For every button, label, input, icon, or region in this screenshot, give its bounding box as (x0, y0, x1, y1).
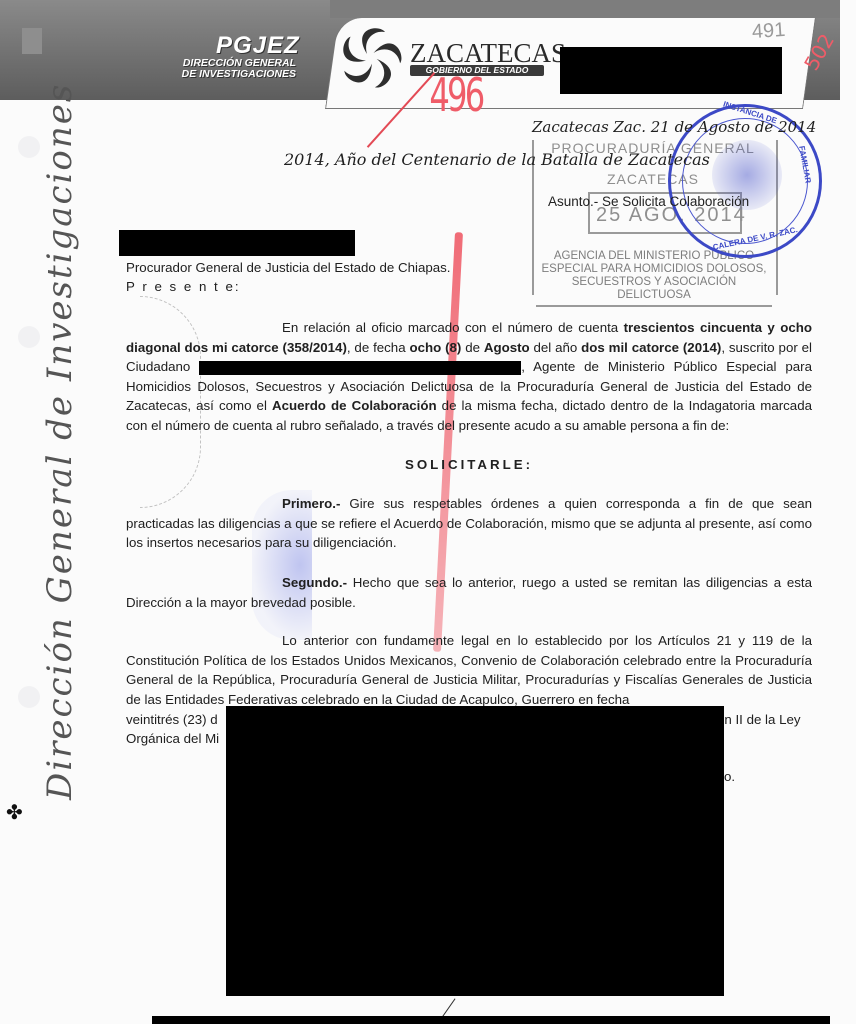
agency-subtitle-line2: DE INVESTIGACIONES (166, 69, 296, 80)
stamp-agency-line2: ESPECIAL PARA HOMICIDIOS DOLOSOS, (536, 263, 772, 276)
redaction-citizen-name (199, 361, 521, 375)
paragraph-primero: Primero.- Gire sus respetables órdenes a… (126, 494, 812, 553)
recipient-greeting: P r e s e n t e: (126, 277, 241, 297)
closing-fragment: o. (724, 767, 735, 787)
folio-red-large: 496 (429, 68, 482, 122)
p4-line6-start: Orgánica del Mi (126, 729, 219, 749)
date-line: Zacatecas Zac. 21 de Agosto de 2014 (532, 118, 816, 136)
stamp-agency: AGENCIA DEL MINISTERIO PUBLICO ESPECIAL … (536, 250, 772, 307)
p4-line5-end: ón II de la Ley (717, 710, 801, 730)
side-watermark: Dirección General de Investigaciones (40, 83, 80, 800)
scan-mark (22, 28, 42, 54)
subject: Asunto.- Se Solicita Colaboración (548, 194, 749, 209)
request-heading: SOLICITARLE: (126, 455, 812, 475)
punch-hole (18, 136, 40, 158)
punch-hole (18, 686, 40, 708)
redaction-header (560, 47, 782, 94)
p2-label: Primero.- (282, 496, 340, 511)
p4-text: Lo anterior con fundamente legal en lo e… (126, 633, 812, 707)
letterhead-strip (330, 0, 840, 18)
p3-label: Segundo.- (282, 575, 347, 590)
agency-acronym: PGJEZ (216, 32, 300, 60)
p1-agreement: Acuerdo de Colaboración (272, 398, 437, 413)
p1-mid1: , de fecha (347, 340, 410, 355)
folio-gray: 491 (751, 19, 786, 44)
fleuron-icon: ✤ (6, 800, 23, 825)
paragraph-segundo: Segundo.- Hecho que sea lo anterior, rue… (126, 573, 812, 612)
p3-text: Hecho que sea lo anterior, ruego a usted… (126, 575, 812, 610)
agency-subtitle: DIRECCIÓN GENERAL DE INVESTIGACIONES (166, 58, 296, 80)
punch-hole (18, 326, 40, 348)
stamp-agency-line3: SECUESTROS Y ASOCIACIÓN DELICTUOSA (536, 276, 772, 302)
redaction-signature-block (226, 706, 724, 996)
redaction-footer (152, 1016, 830, 1024)
zacatecas-logo-icon (336, 26, 406, 90)
p1-year: dos mil catorce (2014) (581, 340, 721, 355)
p1-mid2: de (461, 340, 484, 355)
recipient-title: Procurador General de Justicia del Estad… (126, 258, 450, 278)
p1-date: ocho (8) (409, 340, 461, 355)
p4-line5-start: veintitrés (23) d (126, 710, 218, 730)
p1-month: Agosto (484, 340, 530, 355)
p2-text: Gire sus respetables órdenes a quien cor… (126, 496, 812, 550)
motto: 2014, Año del Centenario de la Batalla d… (284, 150, 710, 169)
p1-intro: En relación al oficio marcado con el núm… (282, 320, 624, 335)
redaction-recipient-name (119, 230, 355, 256)
paragraph-reference: En relación al oficio marcado con el núm… (126, 318, 812, 436)
paragraph-legal-basis: Lo anterior con fundamente legal en lo e… (126, 631, 812, 709)
p1-mid3: del año (530, 340, 582, 355)
